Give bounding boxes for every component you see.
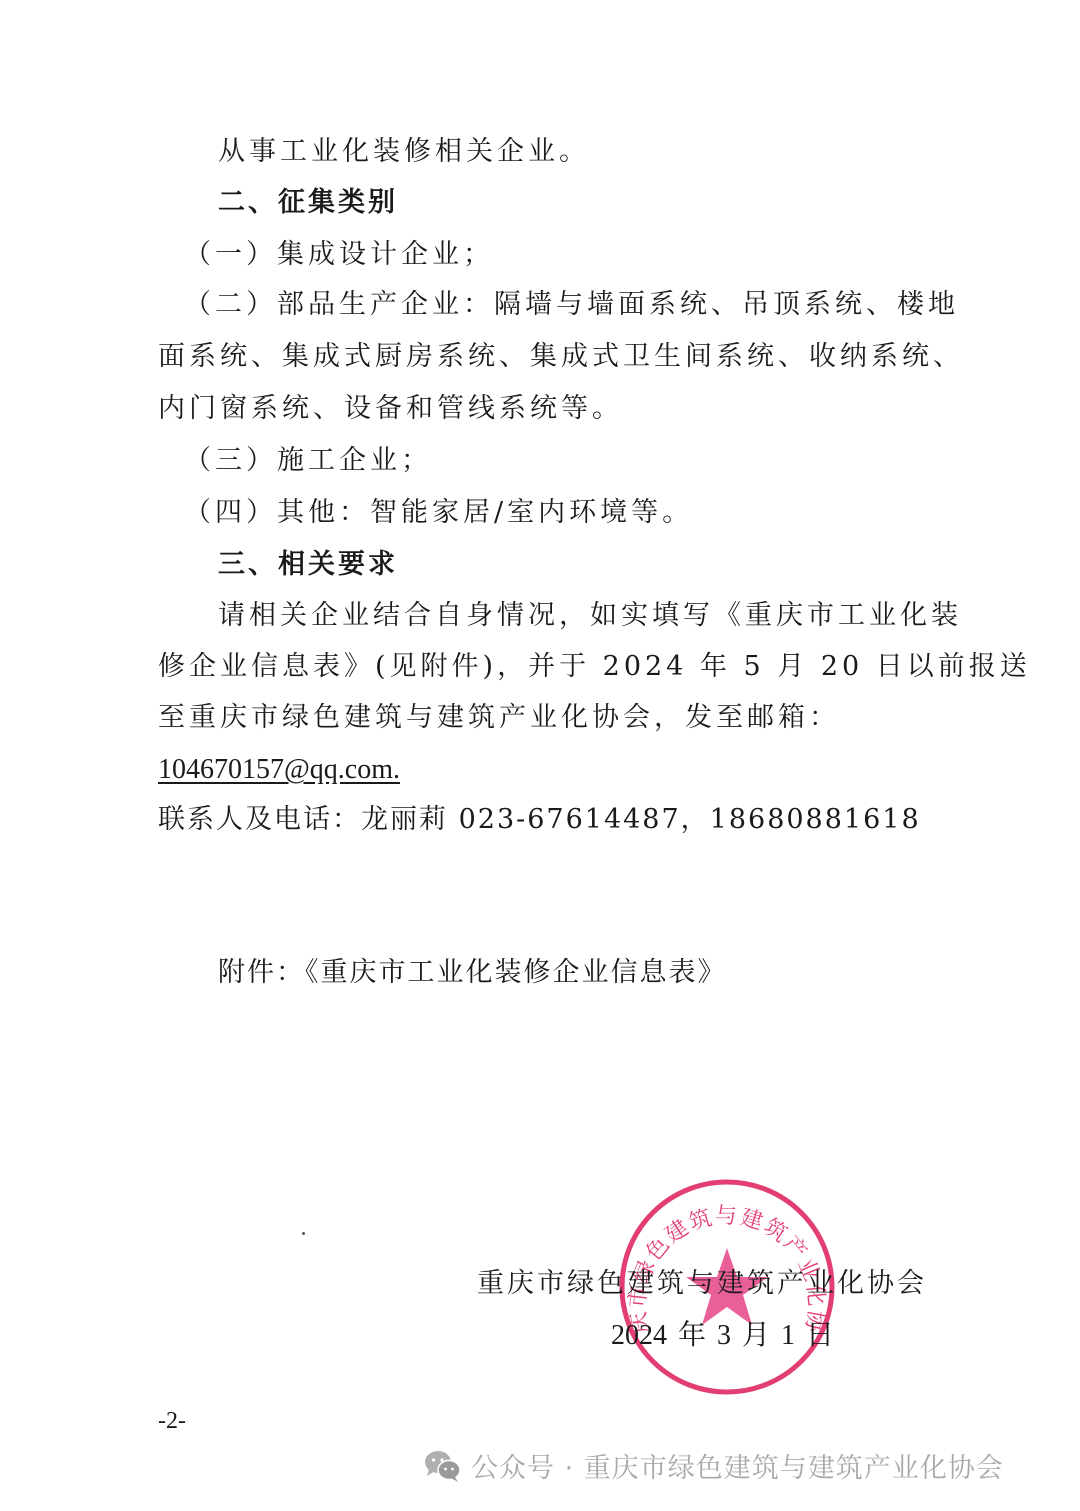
- email-link[interactable]: 104670157@qq.com.: [158, 753, 400, 787]
- svg-text:重庆市绿色建筑与建筑产业化协会: 重庆市绿色建筑与建筑产业化协会: [616, 1176, 829, 1336]
- category-item-4: （四）其他：智能家居/室内环境等。: [184, 496, 693, 530]
- category-item-3: （三）施工企业；: [184, 444, 432, 478]
- intro-line: 从事工业化装修相关企业。: [218, 135, 590, 169]
- category-item-2-cont2: 内门窗系统、设备和管线系统等。: [158, 392, 623, 426]
- section-heading-categories: 二、征集类别: [218, 186, 398, 220]
- requirements-paragraph-line-2: 修企业信息表》(见附件)，并于 2024 年 5 月 20 日以前报送: [158, 650, 1031, 684]
- contact-info: 联系人及电话：龙丽莉 023-67614487，18680881618: [158, 803, 921, 837]
- signature-organization: 重庆市绿色建筑与建筑产业化协会: [477, 1267, 927, 1301]
- wechat-icon: [423, 1449, 463, 1483]
- category-item-1: （一）集成设计企业；: [184, 238, 494, 272]
- page-number: -2-: [158, 1408, 186, 1435]
- attachment-line: 附件：《重庆市工业化装修企业信息表》: [218, 956, 727, 990]
- category-item-2-cont: 面系统、集成式厨房系统、集成式卫生间系统、收纳系统、: [158, 340, 964, 374]
- wechat-watermark: 公众号 · 重庆市绿色建筑与建筑产业化协会: [423, 1446, 1004, 1485]
- signature-date: 2024 年 3 月 1 日: [611, 1319, 834, 1353]
- requirements-paragraph-line-1: 请相关企业结合自身情况，如实填写《重庆市工业化装: [218, 599, 962, 633]
- watermark-text: 公众号 · 重庆市绿色建筑与建筑产业化协会: [471, 1446, 1004, 1485]
- requirements-paragraph-line-3: 至重庆市绿色建筑与建筑产业化协会，发至邮箱：: [158, 701, 840, 735]
- scan-speck: [302, 1232, 305, 1235]
- section-heading-requirements: 三、相关要求: [218, 548, 398, 582]
- category-item-2: （二）部品生产企业：隔墙与墙面系统、吊顶系统、楼地: [184, 288, 959, 322]
